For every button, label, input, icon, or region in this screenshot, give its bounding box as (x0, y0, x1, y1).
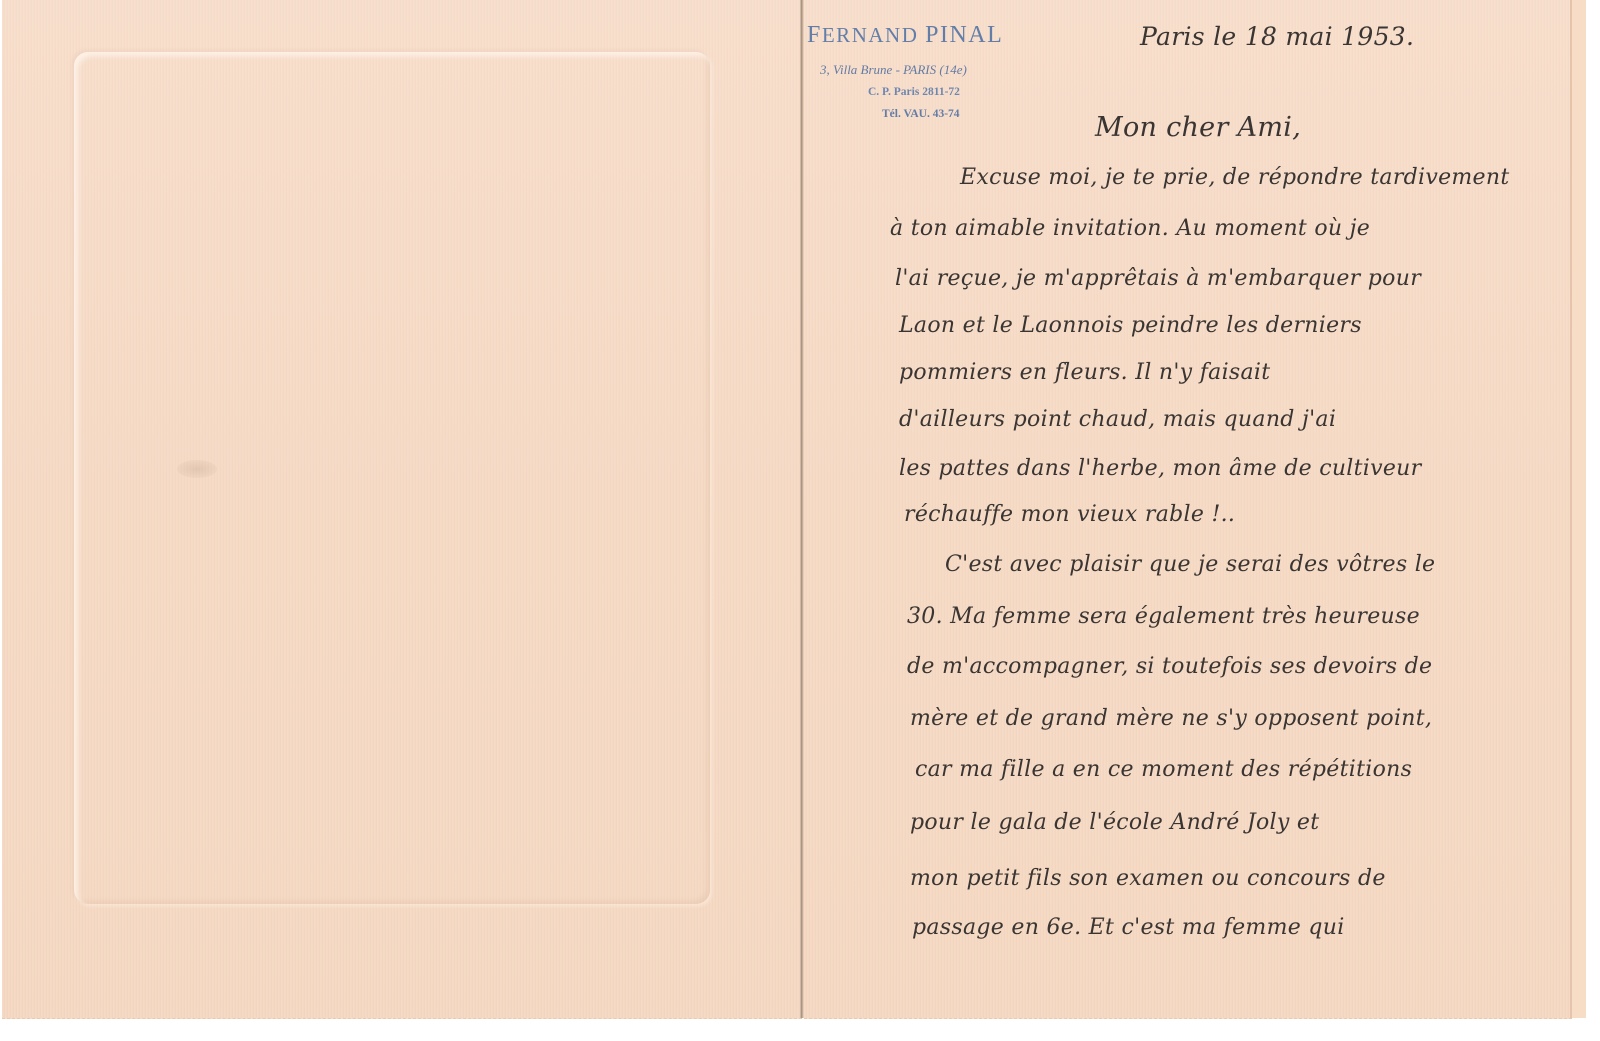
letter-line: 30. Ma femme sera également très heureus… (907, 604, 1420, 629)
letter-line: pour le gala de l'école André Joly et (910, 810, 1319, 835)
letterhead-address: 3, Villa Brune - PARIS (14e) (820, 62, 967, 78)
letter-line: Laon et le Laonnois peindre les derniers (899, 313, 1362, 338)
notecard: FERNAND PINAL 3, Villa Brune - PARIS (14… (2, 0, 1586, 1018)
letter-line: de m'accompagner, si toutefois ses devoi… (907, 654, 1432, 679)
letter-line: à ton aimable invitation. Au moment où j… (890, 216, 1370, 241)
letter-line: d'ailleurs point chaud, mais quand j'ai (899, 407, 1336, 432)
letter-line: l'ai reçue, je m'apprêtais à m'embarquer… (895, 266, 1421, 291)
name-last: PINAL (925, 22, 1003, 48)
name-first-rest: ERNAND (822, 23, 919, 47)
letter-line: car ma fille a en ce moment des répétiti… (915, 757, 1412, 782)
paper-smudge (177, 460, 217, 478)
letter-line: réchauffe mon vieux rable !.. (904, 502, 1235, 527)
letter-date: Paris le 18 mai 1953. (1140, 22, 1414, 51)
letter-line: mon petit fils son examen ou concours de (910, 866, 1386, 891)
scanned-letter: FERNAND PINAL 3, Villa Brune - PARIS (14… (0, 0, 1600, 1041)
letterhead-cp: C. P. Paris 2811-72 (868, 86, 960, 98)
embossed-frame (74, 52, 710, 904)
letterhead-tel: Tél. VAU. 43-74 (882, 108, 960, 120)
letter-line: mère et de grand mère ne s'y opposent po… (910, 706, 1432, 731)
letter-line: passage en 6e. Et c'est ma femme qui (912, 915, 1345, 940)
letter-line: C'est avec plaisir que je serai des vôtr… (945, 552, 1435, 577)
letter-line: les pattes dans l'herbe, mon âme de cult… (899, 456, 1421, 481)
name-initial: F (807, 22, 822, 48)
letter-line: Excuse moi, je te prie, de répondre tard… (960, 165, 1510, 190)
letter-line: pommiers en fleurs. Il n'y faisait (899, 360, 1270, 385)
letterhead-name: FERNAND PINAL (807, 22, 1003, 49)
card-left-panel (2, 0, 802, 1019)
letter-salutation: Mon cher Ami, (1095, 112, 1301, 143)
